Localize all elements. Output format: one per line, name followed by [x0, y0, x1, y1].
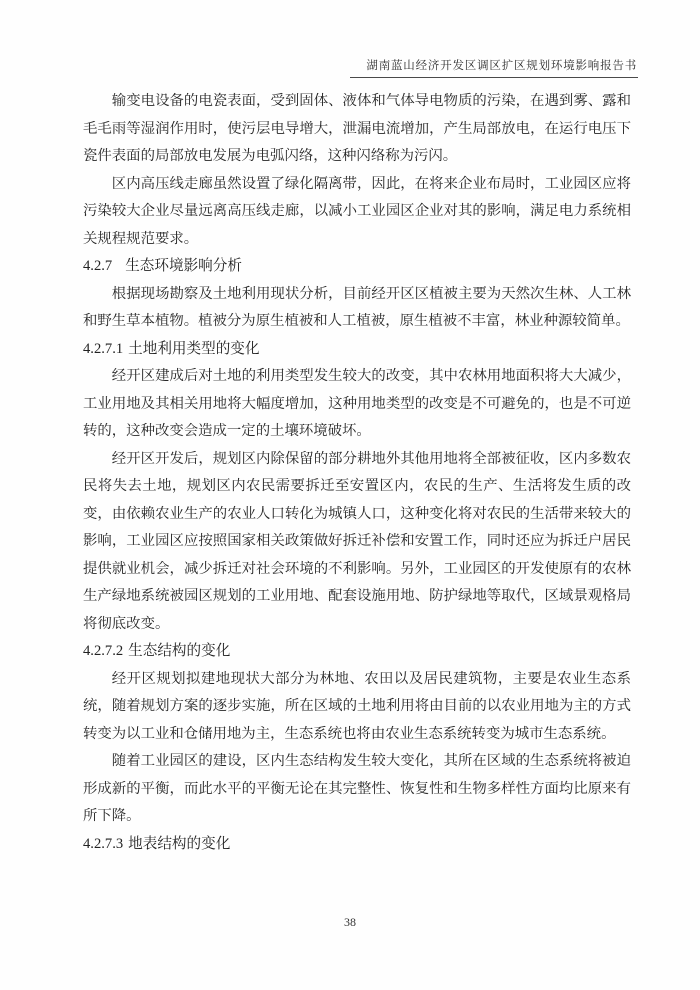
section-heading-4-2-7-3: 4.2.7.3地表结构的变化 [83, 831, 631, 859]
body-paragraph: 区内高压线走廊虽然设置了绿化隔离带，因此，在将来企业布局时，工业园区应将污染较大… [83, 171, 631, 254]
section-title: 地表结构的变化 [128, 836, 230, 852]
document-page: 湖南蓝山经济开发区调区扩区规划环境影响报告书 输变电设备的电瓷表面，受到固体、液… [0, 0, 700, 990]
body-paragraph: 根据现场勘察及土地利用现状分析，目前经开区区植被主要为天然次生林、人工林和野生草… [83, 281, 631, 336]
body-paragraph: 随着工业园区的建设，区内生态结构发生较大变化，其所在区域的生态系统将被迫形成新的… [83, 748, 631, 831]
body-paragraph: 经开区规划拟建地现状大部分为林地、农田以及居民建筑物，主要是农业生态系统，随着规… [83, 666, 631, 749]
section-title: 土地利用类型的变化 [128, 341, 259, 357]
section-number: 4.2.7.3 [83, 836, 123, 852]
body-paragraph: 输变电设备的电瓷表面，受到固体、液体和气体导电物质的污染，在遇到雾、露和毛毛雨等… [83, 88, 631, 171]
body-paragraph: 经开区开发后，规划区内除保留的部分耕地外其他用地将全部被征收，区内多数农民将失去… [83, 446, 631, 639]
report-header-title: 湖南蓝山经济开发区调区扩区规划环境影响报告书 [350, 57, 638, 78]
section-number: 4.2.7.1 [83, 341, 123, 357]
section-number: 4.2.7.2 [83, 643, 123, 659]
section-title: 生态环境影响分析 [125, 258, 242, 274]
page-number: 38 [0, 915, 700, 930]
section-heading-4-2-7: 4.2.7生态环境影响分析 [83, 253, 631, 281]
body-paragraph: 经开区建成后对土地的利用类型发生较大的改变，其中农林用地面积将大大减少，工业用地… [83, 363, 631, 446]
section-heading-4-2-7-1: 4.2.7.1土地利用类型的变化 [83, 336, 631, 364]
document-body: 输变电设备的电瓷表面，受到固体、液体和气体导电物质的污染，在遇到雾、露和毛毛雨等… [83, 88, 631, 858]
section-title: 生态结构的变化 [128, 643, 230, 659]
section-heading-4-2-7-2: 4.2.7.2生态结构的变化 [83, 638, 631, 666]
section-number: 4.2.7 [83, 258, 112, 274]
